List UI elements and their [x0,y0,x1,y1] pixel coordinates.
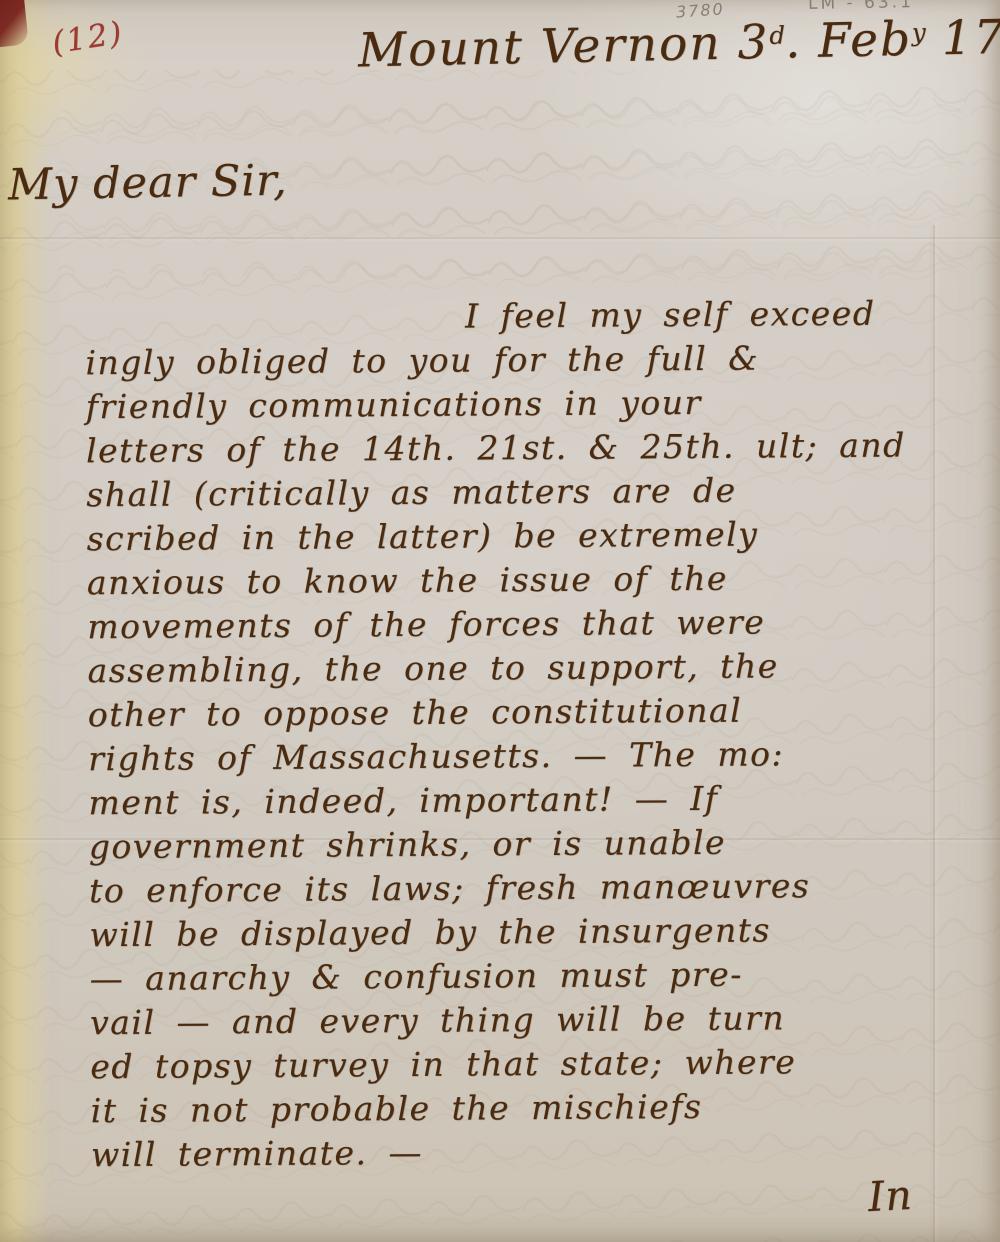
manuscript-line: vail — and every thing will be turn [90,995,1000,1045]
dateline-month: Feb [817,12,912,69]
manuscript-line: — anarchy & confusion must pre- [90,951,1000,1001]
manuscript-line: ed topsy turvey in that state; where [90,1039,1000,1089]
manuscript-line: ingly obliged to you for the full & [85,335,1000,385]
manuscript-line: movements of the forces that were [87,599,1000,649]
dateline-day: 3 [737,15,770,71]
manuscript-line: friendly communications in your [86,379,1000,429]
salutation: My dear Sir, [8,156,288,211]
manuscript-line: letters of the 14th. 21st. & 25th. ult; … [86,423,1000,473]
manuscript-line: it is not probable the mischiefs [90,1083,1000,1133]
manuscript-line: will be displayed by the insurgents [89,907,1000,957]
manuscript-line: ment is, indeed, important! — If [88,775,1000,825]
manuscript-line: I feel my self exceed [85,291,1000,341]
dateline-year: 1787 [941,9,1000,67]
crease-line [0,237,1000,239]
manuscript-line: rights of Massachusetts. — The mo: [88,731,1000,781]
dateline-place: Mount Vernon [358,16,723,79]
manuscript-line: will terminate. — [91,1127,1000,1177]
manuscript-line: scribed in the latter) be extremely [86,511,1000,561]
dateline-month-superscript: y [912,18,926,47]
catchword: In [867,1171,914,1221]
manuscript-line: assembling, the one to support, the [87,643,1000,693]
letter-body: I feel my self exceed ingly obliged to y… [85,291,1000,1177]
dateline-day-punct: . [785,14,803,69]
manuscript-line: government shrinks, or is unable [89,819,1000,869]
manuscript-page: (12) 3780 LM - 63.1 Mount Vernon3d.Feby1… [0,0,1000,1242]
manuscript-line: other to oppose the constitutional [88,687,1000,737]
dateline-day-superscript: d [769,21,785,50]
manuscript-line: to enforce its laws; fresh manœuvres [89,863,1000,913]
manuscript-line: shall (critically as matters are de [86,467,1000,517]
manuscript-line: anxious to know the issue of the [87,555,1000,605]
